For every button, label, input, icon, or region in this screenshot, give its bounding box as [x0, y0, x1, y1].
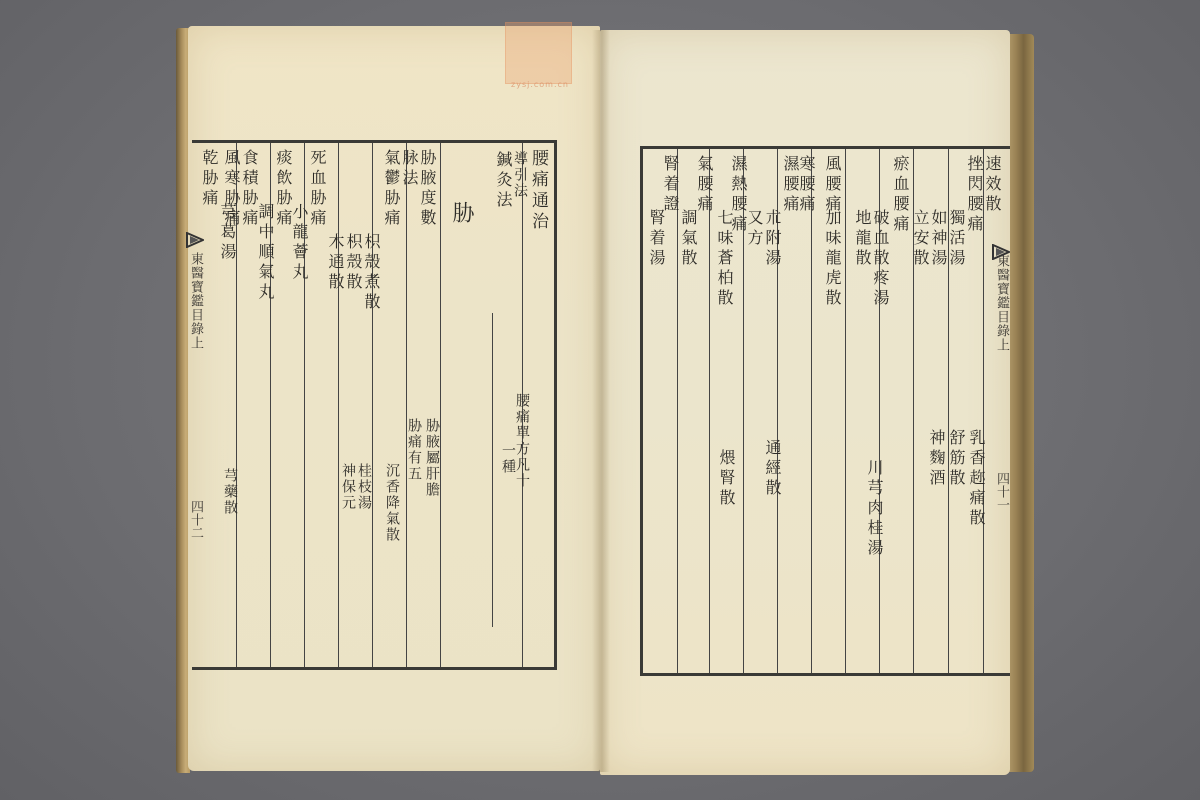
toc-entry: 七味蒼柏散 [713, 209, 736, 309]
toc-entry: 神保元 [338, 463, 358, 511]
column-rule [372, 143, 373, 667]
toc-entry: 地龍散 [851, 209, 874, 269]
toc-entry: 立安散 [909, 209, 932, 269]
toc-entry: 乾胁痛 [198, 149, 221, 209]
column-rule [338, 143, 339, 667]
toc-entry: 乳香趂痛散 [965, 429, 988, 529]
fold-title: 東醫寶鑑目錄上 [992, 254, 1011, 352]
fold-page-number: 四十一 [992, 472, 1011, 511]
watermark-stamp [505, 22, 572, 84]
column-rule [440, 143, 441, 667]
toc-entry: 氣鬱胁痛 [380, 149, 403, 229]
toc-entry: 胁痛有五 [404, 418, 424, 482]
fold-page-number: 四十二 [186, 500, 205, 539]
section-heading: 胁 [446, 201, 477, 227]
fish-tail-mark-icon [186, 232, 204, 248]
right-page-frame: 速效散 挫閃腰痛 乳香趂痛散 獨活湯 舒筋散 如神湯 神麴酒 立安散 瘀血腰痛 … [640, 146, 1010, 676]
toc-entry: 芎葛湯 [216, 203, 239, 263]
column-rule [845, 149, 846, 673]
toc-entry: 沉香降氣散 [382, 463, 402, 543]
column-rule [811, 149, 812, 673]
book-gutter [592, 30, 610, 772]
toc-entry: 川芎肉桂湯 [863, 459, 886, 559]
toc-entry: 調氣散 [677, 209, 700, 269]
column-rule [709, 149, 710, 673]
column-rule [406, 143, 407, 667]
toc-entry: 胁腋屬肝膽 [422, 418, 442, 498]
toc-entry: 煨腎散 [715, 449, 738, 509]
toc-entry: 一種 [498, 443, 518, 475]
right-fold-margin: 東醫寶鑑目錄上 四十一 [992, 244, 1012, 511]
toc-entry: 神麴酒 [925, 429, 948, 489]
toc-entry: 風腰痛 [821, 155, 844, 215]
toc-entry: 舒筋散 [945, 429, 968, 489]
toc-entry: 通經散 [761, 439, 784, 499]
toc-entry: 加味龍虎散 [821, 209, 844, 309]
toc-entry: 瘀血腰痛 [889, 155, 912, 235]
fold-title: 東醫寶鑑目錄上 [186, 252, 205, 350]
left-page-frame: 腰痛通治 導引法 鍼灸法 腰痛單方凡十 一種 胁 胁腋度數 胁腋屬肝膽 脉法 胁… [192, 140, 557, 670]
toc-entry: 腎着湯 [645, 209, 668, 269]
toc-entry: 芎藥散 [220, 468, 240, 516]
fish-tail-mark-icon [992, 244, 1010, 260]
toc-entry: 鍼灸法 [492, 151, 515, 211]
left-fold-margin: 東醫寶鑑目錄上 四十二 [186, 232, 206, 539]
column-rule [492, 313, 493, 627]
toc-entry: 木通散 [324, 233, 347, 293]
watermark-text: zysj.com.cn [500, 80, 580, 89]
toc-entry: 腎着證 [659, 155, 682, 215]
toc-entry: 濕腰痛 [779, 155, 802, 215]
toc-entry: 氣腰痛 [693, 155, 716, 215]
